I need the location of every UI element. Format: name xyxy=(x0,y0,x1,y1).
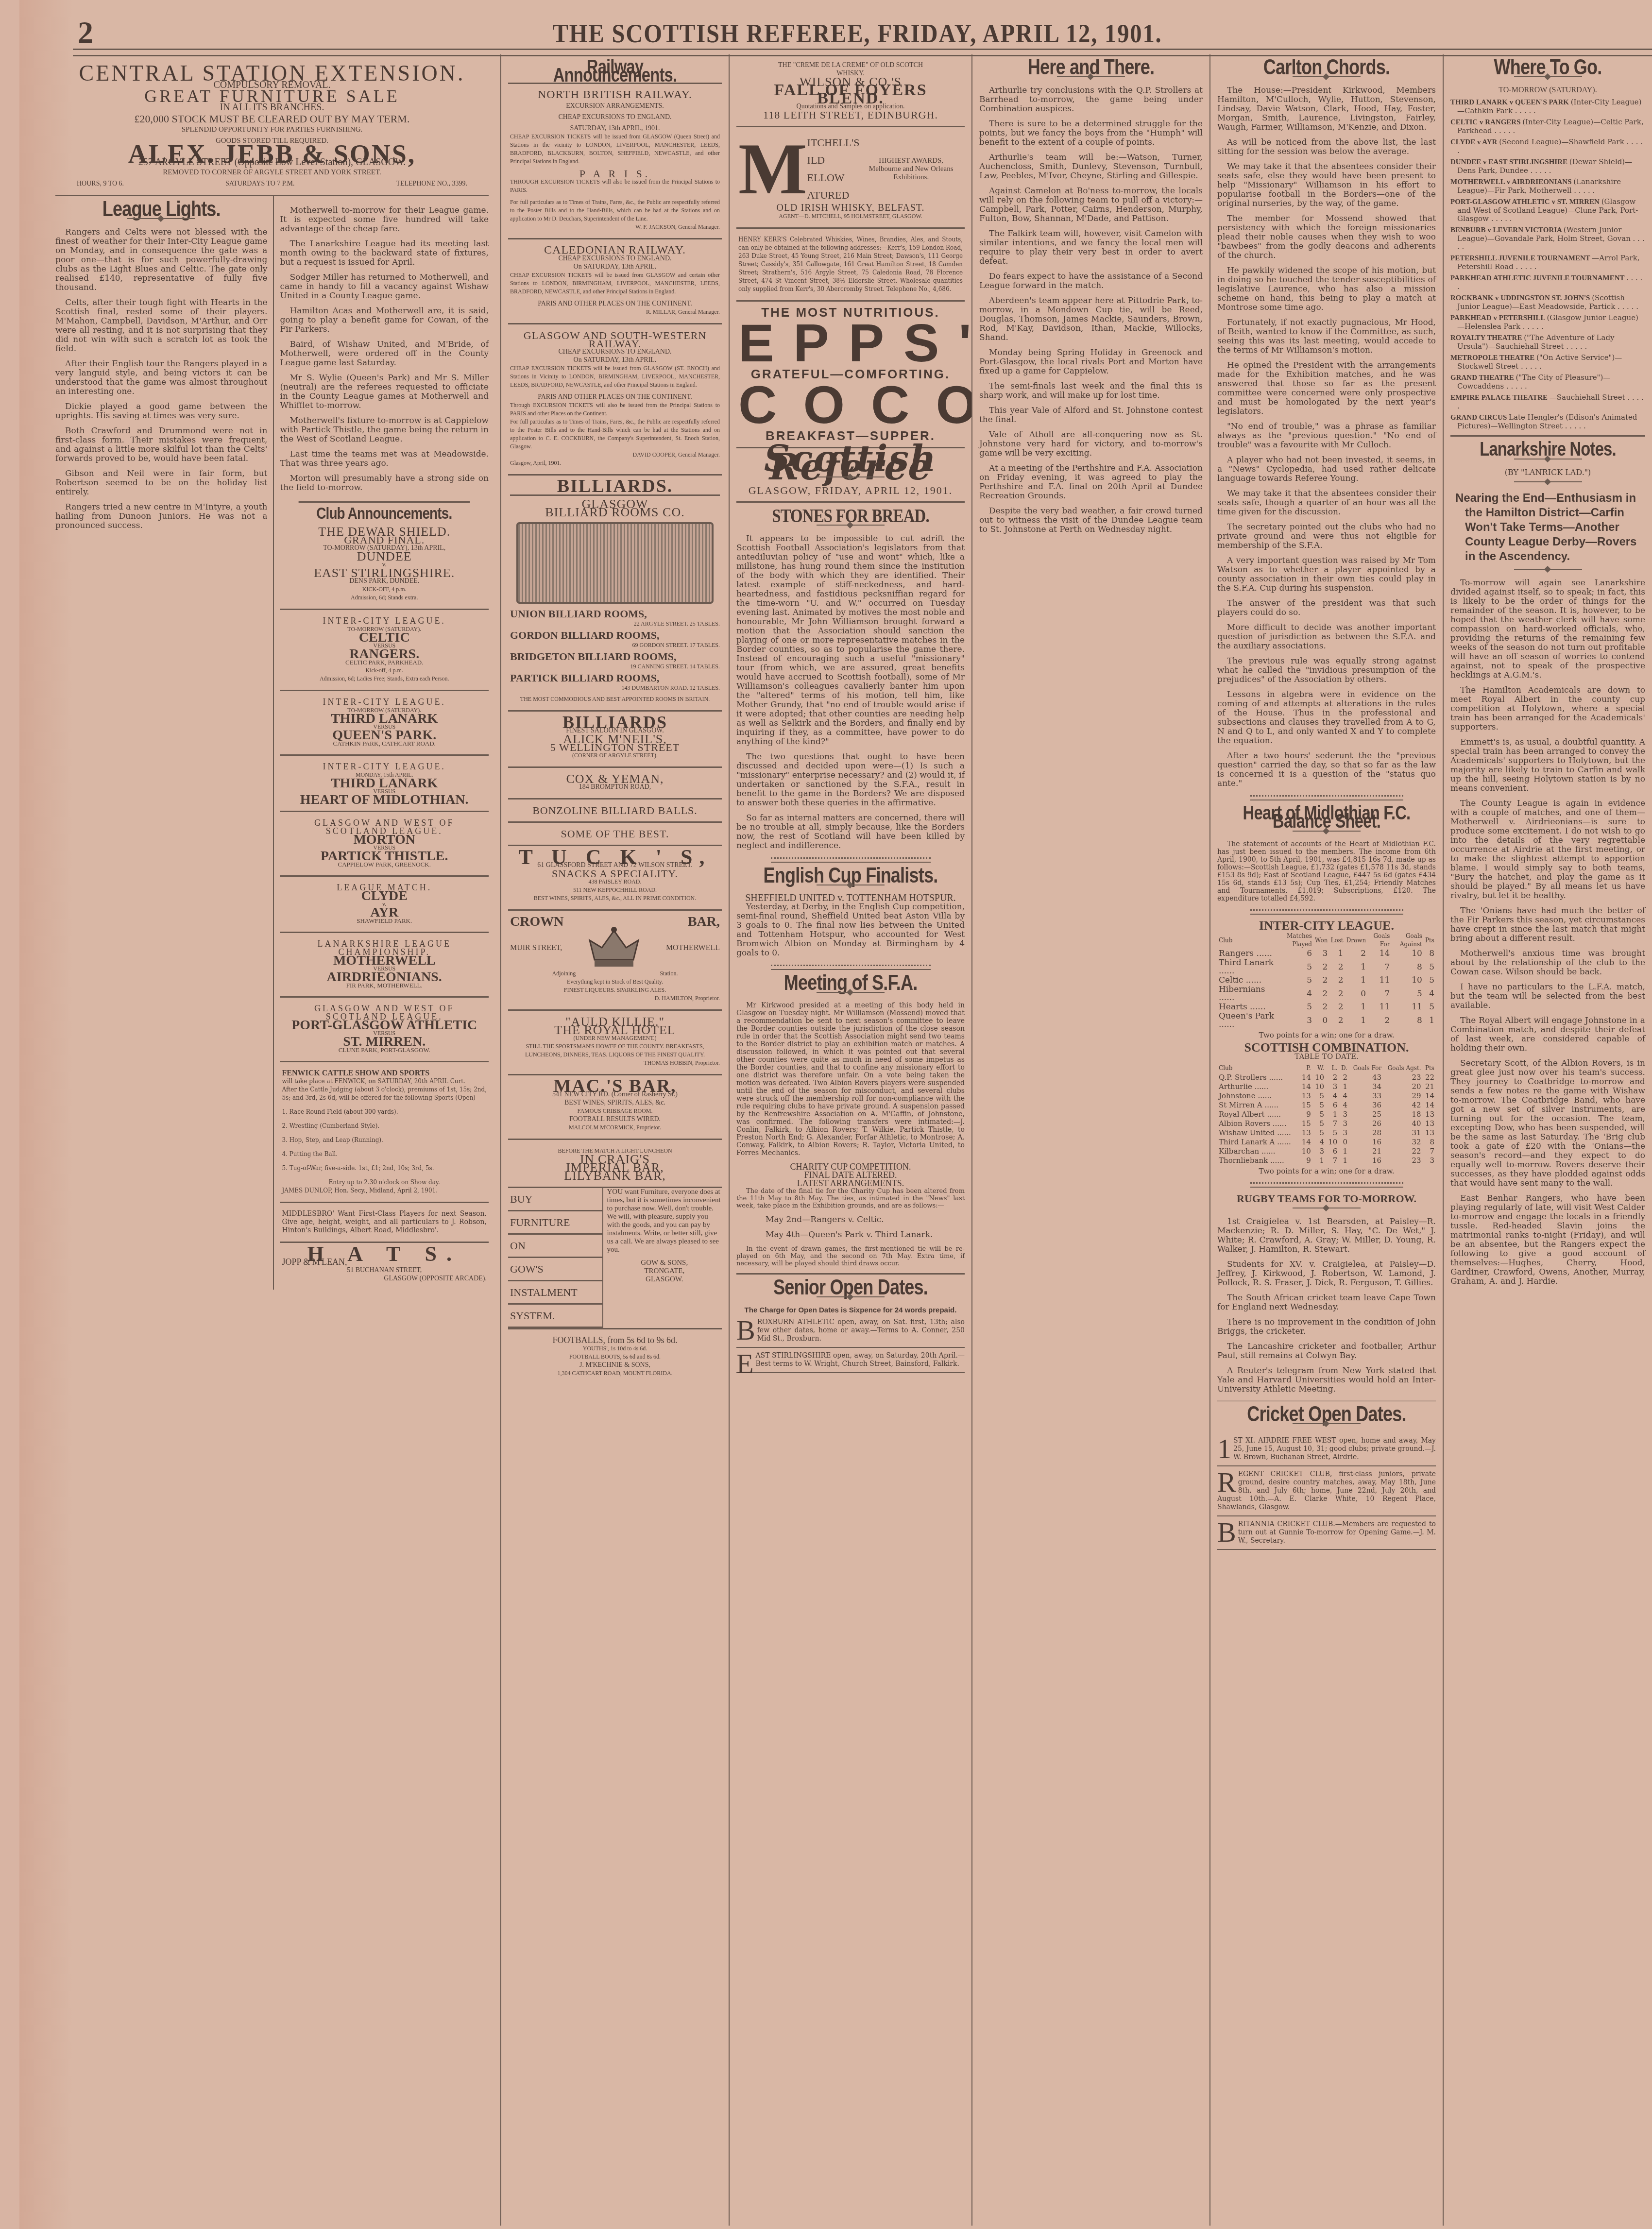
table-row: Thornliebank ......917116233 xyxy=(1217,1156,1436,1165)
table-cell: 4 xyxy=(1312,1138,1326,1147)
fixture-ad: INTER-CITY LEAGUE.TO-MORROW (SATURDAY).T… xyxy=(280,691,489,756)
fixture-match: ROCKBANK v UDDINGSTON ST. JOHN'S xyxy=(1450,294,1592,302)
fixtures-list: THIRD LANARK v QUEEN'S PARK (Inter-City … xyxy=(1450,98,1645,430)
dewar-venue: DENS PARK, DUNDEE. xyxy=(282,577,487,585)
charity-body: The date of the final tie for the Charit… xyxy=(736,1188,965,1209)
table-header: L. xyxy=(1326,1064,1339,1073)
fixture-match: ROYALTY THEATRE xyxy=(1450,334,1524,342)
table-header: Club xyxy=(1217,932,1277,949)
fixture-ad-line: CELTIC PARK, PARKHEAD. xyxy=(282,658,487,666)
club-name: Thornliebank ...... xyxy=(1217,1156,1299,1165)
column-1: CENTRAL STATION EXTENSION. COMPULSORY RE… xyxy=(49,54,495,2226)
fixture-ad-line: FIR PARK, MOTHERWELL. xyxy=(282,981,487,989)
table-row: Royal Albert ......9513251813 xyxy=(1217,1110,1436,1119)
article-paragraph: There is no improvement in the condition… xyxy=(1217,1318,1436,1336)
mitchell-awards: HIGHEST AWARDS, xyxy=(859,157,963,165)
combination-note: Two points for a win; one for a draw. xyxy=(1217,1167,1436,1175)
article-paragraph: The answer of the president was that suc… xyxy=(1217,599,1436,617)
gsw-footer: For full particulars as to Times of Trai… xyxy=(510,418,720,451)
charity-tie: May 4th—Queen's Park v. Third Lanark. xyxy=(756,1230,965,1240)
gsw-paris: PARIS AND OTHER PLACES ON THE CONTINENT. xyxy=(510,393,720,401)
club-name: Hearts ...... xyxy=(1217,1003,1277,1012)
article-paragraph: The semi-finals last week and the final … xyxy=(979,382,1203,400)
ornament-divider xyxy=(817,476,885,477)
billiard-room-addr: 143 DUMBARTON ROAD. 12 TABLES. xyxy=(510,684,720,692)
lanark-notes-title: Lanarkshire Notes. xyxy=(1468,445,1628,454)
bonzoline-title: BONZOLINE BILLIARD BALLS. xyxy=(510,806,720,815)
fixture-ad-line: CLUNE PARK, PORT-GLASGOW. xyxy=(282,1046,487,1054)
article-paragraph: Monday being Spring Holiday in Greenock … xyxy=(979,348,1203,376)
club-name: Royal Albert ...... xyxy=(1217,1110,1299,1119)
lanark-body: To-morrow will again see Lanarkshire div… xyxy=(1450,579,1645,1286)
article-paragraph: Motherwell's anxious time was brought ab… xyxy=(1450,949,1645,977)
hearts-title: Heart of Midlothian F.C. Balance Sheet. xyxy=(1237,809,1416,826)
item-text: RITANNIA CRICKET CLUB.—Members are reque… xyxy=(1238,1520,1436,1545)
fixture-item: DUNDEE v EAST STIRLINGSHIRE (Dewar Shiel… xyxy=(1450,158,1645,175)
fixture-ad: INTER-CITY LEAGUE.MONDAY, 15th APRIL.THI… xyxy=(280,756,489,812)
billiard-room-name: PARTICK BILLIARD ROOMS, xyxy=(510,672,659,684)
table-cell: 40 xyxy=(1383,1119,1423,1128)
item-text: ROXBURN ATHLETIC open, away, on Sat. fir… xyxy=(757,1318,965,1343)
article-paragraph: The previous rule was equally strong aga… xyxy=(1217,657,1436,684)
dewar-sub: GRAND FINAL. xyxy=(282,536,487,544)
article-paragraph: We may take it that the absentees consid… xyxy=(1217,489,1436,517)
article-paragraph: He pawkily widened the scope of his moti… xyxy=(1217,266,1436,312)
crown-street: MUIR STREET, xyxy=(510,944,562,952)
cox-yeman-ad: COX & YEMAN, 184 BROMPTON ROAD, xyxy=(508,768,722,800)
billiard-room: GORDON BILLIARD ROOMS,69 GORDON STREET. … xyxy=(510,631,720,649)
gsw-body: CHEAP EXCURSION TICKETS will be issued f… xyxy=(510,364,720,389)
jebb-line: GREAT FURNITURE SALE xyxy=(57,92,487,101)
drop-cap: E xyxy=(736,1352,753,1376)
fenwick-event: 1. Race Round Field (about 300 yards). xyxy=(282,1108,487,1116)
table-cell: 21 xyxy=(1349,1147,1383,1156)
table-cell: 31 xyxy=(1383,1128,1423,1138)
fixture-ad-line: THIRD LANARK xyxy=(282,715,487,723)
killie-prop: THOMAS HOBBIN, Proprietor. xyxy=(510,1059,720,1067)
table-header: W. xyxy=(1312,1064,1326,1073)
rugby-title: RUGBY TEAMS FOR TO-MORROW. xyxy=(1217,1194,1436,1203)
jebb-line: SPLENDID OPPORTUNITY FOR PARTIES FURNISH… xyxy=(57,126,487,134)
macs-line: BEST WINES, SPIRITS, ALES, &c. xyxy=(510,1099,720,1107)
fixture-ad-line: RANGERS. xyxy=(282,650,487,658)
gow-firm: GOW & SONS, xyxy=(607,1259,722,1267)
article-paragraph: The member for Mossend showed that persi… xyxy=(1217,214,1436,260)
jebb-line: REMOVED TO CORNER OF ARGYLE STREET AND Y… xyxy=(57,169,487,177)
table-cell: 5 xyxy=(1277,1003,1313,1012)
table-cell: 10 xyxy=(1326,1138,1339,1147)
column-2: Motherwell to-morrow for their League ga… xyxy=(273,196,489,1290)
jebb-saturdays: SATURDAYS TO 7 P.M. xyxy=(225,180,295,188)
hearts-body: The statement of accounts of the Heart o… xyxy=(1217,840,1436,902)
table-row: St Mirren A ......15564364214 xyxy=(1217,1101,1436,1110)
table-cell: 1 xyxy=(1339,1156,1349,1165)
fenwick-header: FENWICK CATTLE SHOW AND SPORTS xyxy=(282,1069,487,1077)
table-cell: 5 xyxy=(1312,1091,1326,1101)
ornament-divider xyxy=(1293,1208,1361,1208)
table-cell: 5 xyxy=(1391,985,1423,1003)
table-cell: 5 xyxy=(1326,1128,1339,1138)
killie-body: STILL THE SPORTSMAN'S HOWFF OF THE COUNT… xyxy=(510,1042,720,1059)
billiard-room-name: BRIDGETON BILLIARD ROOMS, xyxy=(510,650,677,663)
crown-icon xyxy=(585,926,643,970)
fixture-match: THIRD LANARK v QUEEN'S PARK xyxy=(1450,99,1571,106)
table-cell: 13 xyxy=(1423,1119,1436,1128)
wilson-line: THE "CREME DE LA CREME" OF OLD SCOTCH xyxy=(738,61,963,69)
article-paragraph: He opined the President with the arrange… xyxy=(1217,361,1436,416)
gow-word: BUY xyxy=(508,1188,602,1211)
column-3: Railway Announcements. NORTH BRITISH RAI… xyxy=(500,54,729,2226)
some-of-the-best: SOME OF THE BEST. xyxy=(508,823,722,846)
table-cell: 3 xyxy=(1339,1128,1349,1138)
table-cell: 3 xyxy=(1339,1110,1349,1119)
fixture-ad-line: CLYDE xyxy=(282,892,487,900)
gsw-sub: CHEAP EXCURSIONS TO ENGLAND. xyxy=(510,348,720,356)
table-cell: 8 xyxy=(1391,1012,1423,1029)
item-text: ST XI. AIRDRIE FREE WEST open, home and … xyxy=(1233,1437,1436,1461)
table-cell: 2 xyxy=(1313,985,1329,1003)
article-paragraph: A player who had not been invested, it s… xyxy=(1217,456,1436,483)
article-paragraph: Despite the very bad weather, a fair cro… xyxy=(979,507,1203,534)
wilson-whisky-ad: THE "CREME DE LA CREME" OF OLD SCOTCH WH… xyxy=(736,54,965,127)
article-paragraph: The House:—President Kirkwood, Members H… xyxy=(1217,86,1436,132)
table-cell: 10 xyxy=(1391,949,1423,958)
article-paragraph: At a meeting of the Perthshire and F.A. … xyxy=(979,464,1203,501)
club-name: Third Lanark ...... xyxy=(1217,958,1277,976)
table-cell: 2 xyxy=(1329,976,1345,985)
billiards-footer: THE MOST COMMODIOUS AND BEST APPOINTED R… xyxy=(510,695,720,703)
fixture-match: PARKHEAD ATHLETIC JUVENILE TOURNAMENT xyxy=(1450,274,1626,282)
table-cell: 16 xyxy=(1349,1138,1383,1147)
table-row: Albion Rovers ......15573264013 xyxy=(1217,1119,1436,1128)
table-cell: 25 xyxy=(1349,1110,1383,1119)
billiard-table-illustration xyxy=(516,522,713,604)
hats-city: GLASGOW (OPPOSITE ARCADE). xyxy=(282,1275,487,1283)
where-to-go-title: Where To Go. xyxy=(1468,63,1628,71)
item-text: AST STIRLINGSHIRE open, away, on Saturda… xyxy=(755,1352,965,1368)
cricket-open-item: 1ST XI. AIRDRIE FREE WEST open, home and… xyxy=(1217,1433,1436,1466)
article-paragraph: So far as internal matters are concerned… xyxy=(736,814,965,851)
lanark-byline: (BY "LANRICK LAD.") xyxy=(1450,468,1645,476)
table-cell: 2 xyxy=(1329,1012,1345,1029)
gsw-signed: DAVID COOPER, General Manager. xyxy=(510,451,720,459)
craigs-line: LILYBANK BAR, xyxy=(510,1172,720,1180)
hats-ad: H A T S. JOPP & M'LEAN, 51 BUCHANAN STRE… xyxy=(280,1243,489,1290)
table-cell: 23 xyxy=(1383,1156,1423,1165)
intercity-table-note: Two points for a win; one for a draw. xyxy=(1217,1031,1436,1039)
tucks-ad: T U C K ' S, 61 GLASSFORD STREET AND 72 … xyxy=(508,846,722,911)
billiard-room: UNION BILLIARD ROOMS,22 ARGYLE STREET. 2… xyxy=(510,610,720,628)
article-paragraph: It appears to be impossible to cut adrif… xyxy=(736,534,965,747)
nbr-paris-body: THROUGH EXCURSION TICKETS will also be i… xyxy=(510,178,720,194)
table-cell: 13 xyxy=(1299,1128,1312,1138)
article-paragraph: Aberdeen's team appear here at Pittodrie… xyxy=(979,296,1203,342)
gow-left: BUYFURNITUREONGOW'SINSTALMENTSYSTEM. xyxy=(508,1188,603,1328)
billiard-room: PARTICK BILLIARD ROOMS,143 DUMBARTON ROA… xyxy=(510,674,720,692)
cal-body: CHEAP EXCURSION TICKETS will be issued f… xyxy=(510,271,720,296)
kerr-whisky-ad: HENRY KERR'S Celebrated Whiskies, Wines,… xyxy=(736,229,965,302)
crown-line: FINEST LIQUEURS. SPARKLING ALES. xyxy=(510,986,720,994)
drop-cap: B xyxy=(1217,1520,1236,1545)
table-header: Pts xyxy=(1424,932,1436,949)
table-row: Queen's Park ......3021281 xyxy=(1217,1012,1436,1029)
fixture-ad: LEAGUE MATCH.CLYDEv.AYRSHAWFIELD PARK. xyxy=(280,877,489,933)
table-cell: 14 xyxy=(1423,1091,1436,1101)
table-cell: 5 xyxy=(1424,1003,1436,1012)
table-cell: 22 xyxy=(1383,1147,1423,1156)
article-paragraph: After a two hours' sederunt the the "pre… xyxy=(1217,751,1436,788)
dewar-shield-ad: THE DEWAR SHIELD. GRAND FINAL. TO-MORROW… xyxy=(280,521,489,610)
footballs-firm: J. M'KECHNIE & SONS, xyxy=(510,1361,720,1369)
crown-prop: D. HAMILTON, Proprietor. xyxy=(510,994,720,1003)
article-paragraph: Last time the teams met was at Meadowsid… xyxy=(280,450,489,468)
page-number: 2 xyxy=(78,15,93,51)
fenwick-event: 3. Hop, Step, and Leap (Running). xyxy=(282,1136,487,1144)
table-cell: 3 xyxy=(1277,1012,1313,1029)
mcneil-corner: (CORNER OF ARGYLE STREET). xyxy=(510,751,720,760)
article-paragraph: More difficult to decide was another imp… xyxy=(1217,623,1436,651)
table-cell: 33 xyxy=(1349,1091,1383,1101)
table-header: P. xyxy=(1299,1064,1312,1073)
cal-header: CALEDONIAN RAILWAY. xyxy=(510,246,720,255)
tucks-snacks: SNACKS A SPECIALITY. xyxy=(510,869,720,878)
fixture-ad-line: INTER-CITY LEAGUE. xyxy=(282,617,487,625)
table-row: Q.P. Strollers ......141022432322 xyxy=(1217,1073,1436,1082)
dewar-kickoff: KICK-OFF, 4 p.m. xyxy=(282,585,487,594)
dewar-team2: EAST STIRLINGSHIRE. xyxy=(282,569,487,577)
fenwick-ad: FENWICK CATTLE SHOW AND SPORTS will take… xyxy=(280,1062,489,1203)
gow-street: TRONGATE, xyxy=(607,1267,722,1276)
table-cell: 2 xyxy=(1345,949,1368,958)
table-cell: 1 xyxy=(1339,1082,1349,1091)
middlesbro-ad: MIDDLESBRO' Want First-Class Players for… xyxy=(280,1203,489,1243)
league-lights-title: League Lights. xyxy=(74,205,248,213)
masthead: 2 THE SCOTTISH REFEREE, FRIDAY, APRIL 12… xyxy=(68,15,1647,49)
macs-title: MAC.'S BAR, xyxy=(510,1082,720,1090)
article-paragraph: Hamilton Acas and Motherwell are, it is … xyxy=(280,306,489,334)
fixture-ads: INTER-CITY LEAGUE.TO-MORROW (SATURDAY).C… xyxy=(280,610,489,1062)
mcneil-title: BILLIARDS xyxy=(510,718,720,727)
wavy-divider xyxy=(1250,1182,1403,1188)
article-paragraph: I have no particulars to the L.F.A. matc… xyxy=(1450,983,1645,1010)
table-cell: 10 xyxy=(1312,1082,1326,1091)
open-date-item: EAST STIRLINGSHIRE open, away, on Saturd… xyxy=(736,1348,965,1373)
article-paragraph: Students for XV. v. Craigielea, at Paisl… xyxy=(1217,1260,1436,1288)
crown-bar-ad: CROWNBAR, MUIR STREET, MOTHERWELL Adjoin… xyxy=(508,911,722,1011)
carlton-chords-body: The House:—President Kirkwood, Members H… xyxy=(1217,86,1436,788)
table-cell: 8 xyxy=(1423,1138,1436,1147)
table-cell: 7 xyxy=(1326,1119,1339,1128)
article-paragraph: As will be noticed from the above list, … xyxy=(1217,138,1436,156)
macs-line: FAMOUS CRIBBAGE ROOM. xyxy=(510,1107,720,1115)
article-paragraph: Arthurlie try conclusions with the Q.P. … xyxy=(979,86,1203,114)
article-paragraph: "No end of trouble," was a phrase as fam… xyxy=(1217,422,1436,450)
table-cell: 1 xyxy=(1326,1110,1339,1119)
killie-hotel: THE ROYAL HOTEL xyxy=(510,1026,720,1034)
table-cell: 1 xyxy=(1345,1012,1368,1029)
table-row: Rangers ......631214108 xyxy=(1217,949,1436,958)
table-cell: 36 xyxy=(1349,1101,1383,1110)
table-cell: 5 xyxy=(1312,1128,1326,1138)
table-cell: 9 xyxy=(1299,1110,1312,1119)
jebb-line: IN ALL ITS BRANCHES. xyxy=(57,103,487,112)
mitchell-word: ELLOW xyxy=(807,169,860,187)
ornament-divider xyxy=(1293,831,1361,832)
table-cell: 13 xyxy=(1423,1128,1436,1138)
billiard-room-addr: 22 ARGYLE STREET. 25 TABLES. xyxy=(510,620,720,628)
table-cell: 11 xyxy=(1367,1003,1391,1012)
table-cell: 14 xyxy=(1299,1082,1312,1091)
footballs-line: FOOTBALL BOOTS, 5s 6d and 8s 6d. xyxy=(510,1353,720,1361)
jebb-furniture-ad: CENTRAL STATION EXTENSION. COMPULSORY RE… xyxy=(55,54,489,196)
fixture-item: METROPOLE THEATRE ("On Active Service")—… xyxy=(1450,354,1645,371)
fixture-ad-line: THIRD LANARK xyxy=(282,779,487,787)
item-text: EGENT CRICKET CLUB, first-class juniors,… xyxy=(1217,1470,1436,1511)
sfa-meeting-body: Mr Kirkwood presided at a meeting of thi… xyxy=(736,1002,965,1157)
table-cell: 3 xyxy=(1312,1147,1326,1156)
fixture-item: ROCKBANK v UDDINGSTON ST. JOHN'S (Scotti… xyxy=(1450,294,1645,311)
nbr-sub: EXCURSION ARRANGEMENTS. xyxy=(510,102,720,110)
nbr-signed: W. F. JACKSON, General Manager. xyxy=(510,223,720,231)
ornament-divider xyxy=(1514,569,1582,570)
fixture-ad-line: AYR xyxy=(282,908,487,917)
club-name: Arthurlie ...... xyxy=(1217,1082,1299,1091)
table-row: Third Lanark ......5221785 xyxy=(1217,958,1436,976)
wavy-divider xyxy=(771,965,931,970)
table-cell: 10 xyxy=(1391,976,1423,985)
table-cell: 14 xyxy=(1423,1101,1436,1110)
middlesbro-text: MIDDLESBRO' Want First-Class Players for… xyxy=(282,1210,487,1235)
table-header: Lost xyxy=(1329,932,1345,949)
table-header: Won xyxy=(1313,932,1329,949)
table-header: Club xyxy=(1217,1064,1299,1073)
newspaper-page: 2 THE SCOTTISH REFEREE, FRIDAY, APRIL 12… xyxy=(19,0,1652,2229)
railway-title: Railway Announcements. xyxy=(528,63,703,80)
club-name: Johnstone ...... xyxy=(1217,1091,1299,1101)
ornament-divider xyxy=(817,1296,885,1297)
tucks-footer: BEST WINES, SPIRITS, ALES, &c., ALL IN P… xyxy=(510,894,720,902)
table-cell: 7 xyxy=(1423,1147,1436,1156)
table-cell: 15 xyxy=(1299,1119,1312,1128)
column-5: Here and There. Arthurlie try conclusion… xyxy=(971,54,1209,2226)
league-lights-section: League Lights. Rangers and Celts were no… xyxy=(55,196,273,1290)
fixture-ad-line: PORT-GLASGOW ATHLETIC xyxy=(282,1021,487,1029)
fixture-match: PARKHEAD v PETERSHILL xyxy=(1450,314,1547,322)
column-2-body: Motherwell to-morrow for their League ga… xyxy=(280,196,489,493)
billiard-room-addr: 69 GORDON STREET. 17 TABLES. xyxy=(510,641,720,649)
article-paragraph: The County League is again in evidence w… xyxy=(1450,799,1645,901)
article-paragraph: The 'Onians have had much the better of … xyxy=(1450,906,1645,943)
table-row: Hibernians ......4220754 xyxy=(1217,985,1436,1003)
footballs-line: YOUTHS', 1s 10d to 4s 6d. xyxy=(510,1344,720,1353)
article-paragraph: The Royal Albert will engage Johnstone i… xyxy=(1450,1016,1645,1053)
senior-open-items: BROXBURN ATHLETIC open, away, on Sat. fi… xyxy=(736,1314,965,1373)
club-name: St Mirren A ...... xyxy=(1217,1101,1299,1110)
fenwick-events: 1. Race Round Field (about 300 yards).2.… xyxy=(282,1108,487,1173)
cal-signed: R. MILLAR, General Manager. xyxy=(510,308,720,316)
crown-town: MOTHERWELL xyxy=(666,944,720,952)
fixture-ad-line: AIRDRIEONIANS. xyxy=(282,973,487,981)
table-cell: 1 xyxy=(1424,1012,1436,1029)
footballs-line: FOOTBALLS, from 5s 6d to 9s 6d. xyxy=(510,1336,720,1344)
fixture-ad-line: INTER-CITY LEAGUE. xyxy=(282,698,487,706)
fixture-ad: GLASGOW AND WEST OF SCOTLAND LEAGUE.PORT… xyxy=(280,998,489,1062)
sfa-meeting-title: Meeting of S.F.A. xyxy=(757,979,944,987)
fixture-ad: LANARKSHIRE LEAGUE CHAMPIONSHIP.MOTHERWE… xyxy=(280,933,489,998)
table-cell: 11 xyxy=(1367,976,1391,985)
article-paragraph: East Benhar Rangers, who have been playi… xyxy=(1450,1194,1645,1286)
cricket-items: 1ST XI. AIRDRIE FREE WEST open, home and… xyxy=(1217,1433,1436,1550)
article-paragraph: Rangers and Celts were not blessed with … xyxy=(55,228,267,292)
table-cell: 14 xyxy=(1299,1138,1312,1147)
article-paragraph: Vale of Atholl are all-conquering now as… xyxy=(979,430,1203,458)
table-header: Pts xyxy=(1423,1064,1436,1073)
editorial-logo: Scottish Referee xyxy=(738,455,963,472)
fixture-ad-line: MORTON xyxy=(282,835,487,844)
macs-addr: 541 NEW CITY RD. (Corner of Rasberry St.… xyxy=(510,1090,720,1099)
cocoa-word: COCOA xyxy=(738,378,963,432)
dewar-admission: Admission, 6d; Stands extra. xyxy=(282,594,487,602)
ornament-divider xyxy=(127,218,195,219)
footballs-addr: 1,304 CATHCART ROAD, MOUNT FLORIDA. xyxy=(510,1369,720,1378)
table-cell: 10 xyxy=(1299,1147,1312,1156)
table-cell: 43 xyxy=(1349,1073,1383,1082)
fixture-ad-line: MOTHERWELL xyxy=(282,956,487,965)
epps-cocoa-ad: THE MOST NUTRITIOUS. EPPS'S GRATEFUL—COM… xyxy=(736,302,965,448)
fenwick-event: 2. Wrestling (Cumberland Style). xyxy=(282,1122,487,1130)
fenwick-event: 5. Tug-of-War, five-a-side. 1st, £1; 2nd… xyxy=(282,1164,487,1173)
article-paragraph: Fortunately, if not exactly pugnacious, … xyxy=(1217,318,1436,355)
article-paragraph: Baird, of Wishaw United, and M'Bride, of… xyxy=(280,340,489,368)
table-cell: 2 xyxy=(1313,976,1329,985)
charity-tie: May 2nd—Rangers v. Celtic. xyxy=(756,1215,965,1225)
fixture-match: GRAND CIRCUS xyxy=(1450,414,1509,422)
column-6: Carlton Chords. The House:—President Kir… xyxy=(1209,54,1443,2226)
fixture-item: BENBURB v LEVERN VICTORIA (Western Junio… xyxy=(1450,226,1645,251)
table-cell: 3 xyxy=(1326,1082,1339,1091)
table-row: Celtic ......522111105 xyxy=(1217,976,1436,985)
table-cell: 4 xyxy=(1339,1101,1349,1110)
billiards-title: BILLIARDS. xyxy=(510,482,720,491)
ornament-divider xyxy=(1057,76,1125,77)
gow-city: GLASGOW. xyxy=(607,1276,722,1284)
article-paragraph: The Falkirk team will, however, visit Ca… xyxy=(979,229,1203,266)
article-paragraph: Lessons in algebra were in evidence on t… xyxy=(1217,690,1436,746)
table-cell: 1 xyxy=(1339,1147,1349,1156)
table-cell: 8 xyxy=(1391,958,1423,976)
wilson-blend: FALL OF FOYERS BLEND. xyxy=(738,86,963,102)
fixture-item: GRAND THEATRE ("The City of Pleasure")—C… xyxy=(1450,374,1645,391)
article-paragraph: There is sure to be a determined struggl… xyxy=(979,119,1203,147)
jebb-headline: CENTRAL STATION EXTENSION. xyxy=(57,69,487,77)
fixture-ad-line: HEART OF MIDLOTHIAN. xyxy=(282,796,487,804)
fixture-item: CELTIC v RANGERS (Inter-City League)—Cel… xyxy=(1450,118,1645,135)
jebb-address: 257 ARGYLE STREET (Opposite Low Level St… xyxy=(57,158,487,167)
crown-left: CROWN xyxy=(510,918,563,926)
table-header: D. xyxy=(1339,1064,1349,1073)
mitchell-words: ITCHELL'SILDELLOWATURED xyxy=(807,134,860,204)
article-paragraph: Do fears expect to have the assistance o… xyxy=(979,272,1203,290)
table-row: Hearts ......522111115 xyxy=(1217,1003,1436,1012)
gsw-paris-body: Through EXCURSION TICKETS will also be i… xyxy=(510,401,720,418)
mitchell-places: Melbourne and New Orleans xyxy=(859,165,963,173)
fixture-item: EMPIRE PALACE THEATRE —Sauchiehall Stree… xyxy=(1450,393,1645,410)
gsw-date: On SATURDAY, 13th APRIL. xyxy=(510,356,720,364)
senior-open-title: Senior Open Dates. xyxy=(757,1283,944,1292)
macs-prop: MALCOLM M'CORMICK, Proprietor. xyxy=(510,1123,720,1132)
table-cell: 3 xyxy=(1423,1156,1436,1165)
mcneil-addr: 5 WELLINGTON STREET xyxy=(510,743,720,751)
